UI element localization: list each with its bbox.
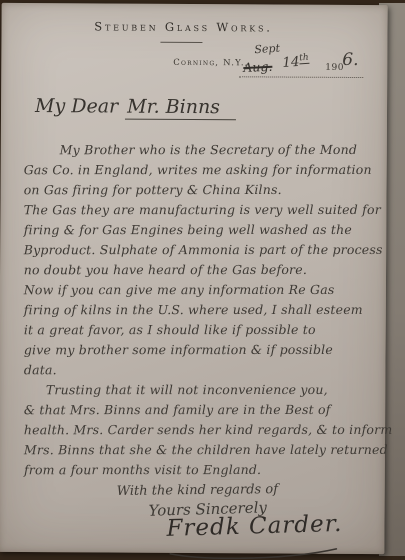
crossed-out-month: Aug. xyxy=(243,59,273,75)
letter-paper: Steuben Glass Works. Corning, N.Y., 190 … xyxy=(0,3,388,554)
letter-body-line: The Gas they are manufacturing is very w… xyxy=(24,200,390,220)
day-number: 14 xyxy=(282,54,300,71)
handwritten-year-digit: 6. xyxy=(342,50,358,70)
day-suffix: th xyxy=(299,53,309,65)
letter-body-line: data. xyxy=(24,360,390,380)
letter-body-line: health. Mrs. Carder sends her kind regar… xyxy=(24,420,390,440)
photo-of-letter: { "photo": { "background_color": "#33261… xyxy=(0,0,405,560)
letter-body-line: from a four months visit to England. xyxy=(24,460,390,480)
letter-body: My Brother who is the Secretary of the M… xyxy=(24,140,390,480)
letter-body-line: Byproduct. Sulphate of Ammonia is part o… xyxy=(24,240,390,260)
printed-year-prefix: 190 xyxy=(325,63,344,73)
handwritten-day: 14th xyxy=(282,53,310,71)
letter-body-line: firing of kilns in the U.S. where used, … xyxy=(24,300,390,320)
letterhead-rule xyxy=(160,42,202,43)
salutation: My DearMr. Binns xyxy=(35,95,236,118)
salutation-prefix: My Dear xyxy=(35,95,118,118)
letterhead-company-name: Steuben Glass Works. xyxy=(1,19,365,35)
letter-body-line: no doubt you have heard of the Gas befor… xyxy=(24,260,390,280)
signature: Fredk Carder. xyxy=(166,511,343,542)
letter-body-line: Trusting that it will not inconvenience … xyxy=(24,380,390,400)
letterhead-city-line: Corning, N.Y., xyxy=(173,58,248,68)
letter-body-line: it a great favor, as I should like if po… xyxy=(24,320,390,340)
closing-line: With the kind regards of xyxy=(117,482,278,499)
letter-body-line: My Brother who is the Secretary of the M… xyxy=(24,140,390,160)
letter-body-line: Now if you can give me any information R… xyxy=(24,280,390,300)
letter-body-line: Mrs. Binns that she & the children have … xyxy=(24,440,390,460)
corrected-month: Sept xyxy=(254,42,280,57)
letter-body-line: firing & for Gas Engines being well wash… xyxy=(24,220,390,240)
letter-body-line: give my brother some information & if po… xyxy=(24,340,390,360)
salutation-name: Mr. Binns xyxy=(125,96,236,121)
signature-flourish xyxy=(168,545,338,560)
letter-body-line: & that Mrs. Binns and family are in the … xyxy=(24,400,390,420)
letter-body-line: on Gas firing for pottery & China Kilns. xyxy=(24,180,390,200)
letter-body-line: Gas Co. in England, writes me asking for… xyxy=(24,160,390,180)
